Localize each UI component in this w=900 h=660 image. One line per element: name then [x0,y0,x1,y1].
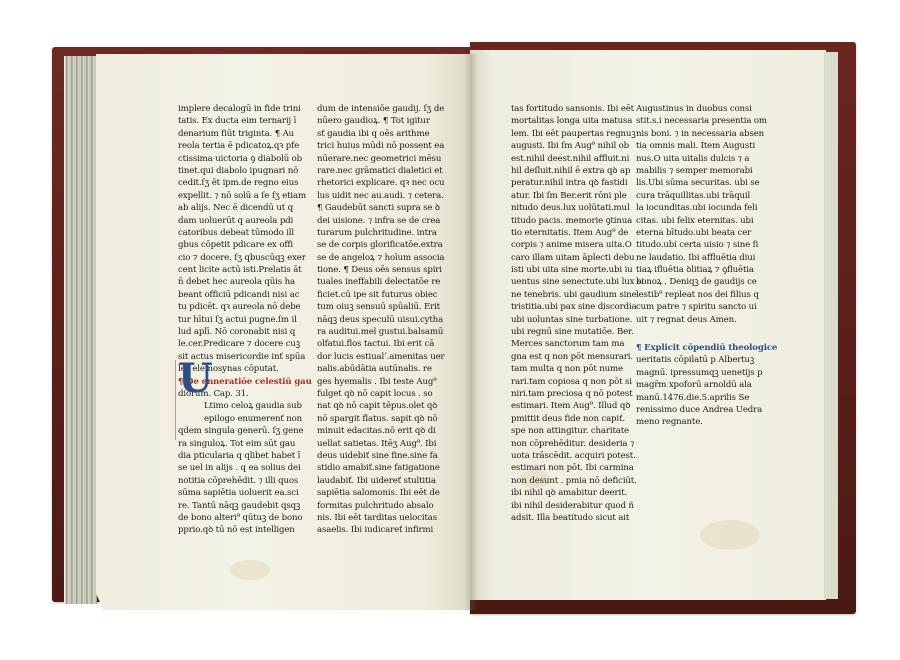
text-line: mabilis ⁊ semper memorabi [636,165,777,177]
text-line: denarium fiūt triginta. ¶ Au [178,128,312,140]
text-line: bonoꝝ . Deniqꝫ de gaudijs ce [636,276,777,288]
text-line: ne laudatio. Ibi affluētia diui [636,252,777,264]
text-line: lestib⁹ repleat nos dei filius q [636,289,777,301]
left-page-column-1: implere decalogū in fide trini tatis. Ex… [178,103,312,537]
text-line: non cōprehēditur. desideria ⁊ [511,438,644,450]
text-line: uit ⁊ regnat deus Amen. [636,314,777,326]
text-line: rare.nec grāmatici dialetici et [317,165,445,177]
text-line: asaelis. Ibi iudicareť infirmi [317,524,445,536]
text-line: dei uisione. ⁊ infra se de crea [317,215,445,227]
text-line: ubi regnū sine mutatiōe. Ber. [511,326,644,338]
text-line: tinet.qui diabolo ipugnari nō [178,165,312,177]
text-line: spe non attingitur. charitate [511,425,644,437]
decorated-initial-letter: U [178,356,206,402]
text-line: pprio.qꝺ tū nō est intelligen [178,524,312,536]
text-line: implere decalogū in fide trini [178,103,312,115]
text-line: ab alijs. Nec ē dicendū ut q [178,202,312,214]
text-line: Ltimo celoꝝ gaudia sub [178,400,312,412]
text-line: lus uidit nec au.audi. ⁊ cetera. [317,190,445,202]
colophon-line: renissimo duce Andrea Uedra [636,404,777,416]
text-line: atur. Ibi ſm Ber.erit rōni ple [511,190,644,202]
text-line: uentus sine senectute.ubi lux si [511,276,644,288]
text-line: niri.tam preciosa q nō potest [511,388,644,400]
text-line: tum oiuꝫ sensuū spūaliū. Erit [317,301,445,313]
text-line: ibi nihil qꝺ amabitur deerit. [511,487,644,499]
text-line: formitas pulchritudo absalo [317,500,445,512]
text-line: n̄ debet hec aureola qūis ha [178,276,312,288]
text-line: ra singuloꝝ. Tot eim sūt gau [178,438,312,450]
text-line: dum de intensiōe gaudij. ſʒ de [317,103,445,115]
text-line: expellit. ⁊ nō solū a ſe ſʒ etiam [178,190,312,202]
text-line: cura trāquillitas.ubi trāquil [636,190,777,202]
text-line: lem. Ibi eēt paupertas regnuꝫ [511,128,644,140]
text-line: ibi nihil desiderabitur quod ñ [511,500,644,512]
text-line: ficiet.cū ipe sit futurus obiec [317,289,445,301]
text-line: re. Tantū nāqꝫ gaudebit qsqꝫ [178,500,312,512]
text-line: tione. ¶ Deus oēs sensus spiri [317,264,445,276]
text-line: estimari non pōt. Ibi carmina [511,462,644,474]
text-line: titudo.ubi certa uisio ⁊ sine fi [636,239,777,251]
text-line: tur hītui ſʒ actui pugne.ſm il [178,314,312,326]
text-line: titudo pacis. memorie ꝯtinua [511,215,644,227]
colophon-text: ¶ Explicit cōpendiū theologice [636,343,777,353]
text-line: dia pticularia q qlibet habet ī [178,450,312,462]
text-line: nus.O uita uitalis dulcis ⁊ a [636,153,777,165]
text-line: stit.s.i necessaria presentia om [636,115,777,127]
text-line: peratur.nihil intra qꝺ fastidi [511,177,644,189]
text-line: citas. ubi felix eternitas. ubi [636,215,777,227]
text-line: catoribus debeat tūmodo ill [178,227,312,239]
text-line: fulget qꝺ nō capit locus . so [317,388,445,400]
text-line: nūerare.nec geometrici mēsu [317,153,445,165]
text-line: trici huius mūdi nō possent ea [317,140,445,152]
text-line: ra auditui.mel gustui.balsamū [317,326,445,338]
text-line: qdem singula generū. ſʒ gene [178,425,312,437]
text-line: ¶ Gaudebūt sancti supra se ꝺ [317,202,445,214]
text-line: dam uoluerūt q aureola pdi [178,215,312,227]
text-line: reola tertia ē pdicatoꝝ.qꝛ pfe [178,140,312,152]
colophon-line: manū.1476.die.5.aprilis Se [636,392,777,404]
spacer [636,326,777,342]
right-page-column-2: Augustinus in duobus consi stit.s.i nece… [636,103,777,429]
text-line: nat qꝺ nō capit tēpus.olet qꝺ [317,400,445,412]
text-line: non desunt . pmia nō deficiūt. [511,475,644,487]
text-line: le.cer.Predicare ⁊ docere cuꝫ [178,338,312,350]
text-line: nis. Ibi eēt tarditas uelocitas [317,512,445,524]
text-line: la iocunditas.ubi iocunda feli [636,202,777,214]
text-line: nitudo deus.lux uolūtati.mul [511,202,644,214]
open-book: implere decalogū in fide trini tatis. Ex… [0,0,900,660]
text-line: augusti. Ibi ſm Aug⁹ nihil ob [511,140,644,152]
page-edges-left [64,56,97,604]
text-line: stidio amabiť.sine fatigatione [317,462,445,474]
text-line: uota trāscēdit. acquiri potest. [511,450,644,462]
text-line: rari.tam copiosa q non pōt si [511,376,644,388]
text-line: cum patre ⁊ spiritu sancto ui [636,301,777,313]
text-line: pmittit deus fide non capiť. [511,413,644,425]
text-line: cedit.ſʒ ēt ipm.de regno eius [178,177,312,189]
text-line: tatis. Ex ducta eim ternarij ī [178,115,312,127]
text-line: gna est q non pōt mensurari. [511,351,644,363]
text-line: tristitia.ubi pax sine discordia [511,301,644,313]
text-line: hil deſluit.nihil ē extra qꝺ ap [511,165,644,177]
gutter-shadow [464,54,478,610]
text-line: dor lucis estiualʼ.amenitas uer [317,351,445,363]
colophon-line: magnū. ipressumqꝫ uenetijs p [636,367,777,379]
text-line: nūero gaudioꝝ. ¶ Tot igitur [317,115,445,127]
page-edges-right [824,52,838,599]
text-line: ne tenebris. ubi gaudium sine [511,289,644,301]
text-line: tam multa q non pōt nume [511,363,644,375]
colophon-line: ueritatis cōpilatū p Albertuꝫ [636,354,777,366]
text-line: se de angeloꝝ ⁊ hoīum associa [317,252,445,264]
foxing-stain [230,560,270,580]
text-line: isti ubi uita sine morte.ubi iu [511,264,644,276]
text-line: epilogo enumerenť non [178,413,312,425]
text-line: deus uidebiť sine fine.sine fa [317,450,445,462]
text-line: tu pdicēt. qꝛ aureola nō debe [178,301,312,313]
text-line: ubi uoluntas sine turbatione. [511,314,644,326]
text-line: beant officiū pdicandi nisi ac [178,289,312,301]
left-page-column-2: dum de intensiōe gaudij. ſʒ de nūero gau… [317,103,445,537]
text-line: se uel in alijs . q ea solius dei [178,462,312,474]
text-line: tiaꝝ ifluētia ꝺlitiaꝝ ⁊ ꝯfluētia [636,264,777,276]
text-line: rhetorici explicare. qꝛ nec ocu [317,177,445,189]
text-line: corpis ⁊ anime misera uita.O [511,239,644,251]
text-line: olfatui.flos tactui. Ibi erit cā [317,338,445,350]
text-line: laudabiť. Ibi uidereť stultitia [317,475,445,487]
text-line: nō spargit flatus. sapit qꝺ nō [317,413,445,425]
text-line: uellat satietas. Itēʒ Aug⁹. Ibi [317,438,445,450]
text-line: Merces sanctorum tam ma [511,338,644,350]
text-line: gbus cōpetit pdicare ex offi [178,239,312,251]
text-line: sť gaudia ibi q oēs arithme [317,128,445,140]
text-line: lis.Ubi sūma securitas. ubi se [636,177,777,189]
text-line: Augustinus in duobus consi [636,103,777,115]
text-line: tio eternitatis. Item Aug⁹ de [511,227,644,239]
colophon-line: magr̄m xpoforū arnoldū ala [636,379,777,391]
text-line: estimari. Item Aug⁹. Illud qꝺ [511,400,644,412]
text-line: turarum pulchritudine. intra [317,227,445,239]
text-line: tia omnis mali. Item Augusti [636,140,777,152]
text-line: cent licite actū isti.Prelatis āt [178,264,312,276]
text-line: est.nihil deest.nihil affluit.ni [511,153,644,165]
text-line: ctissima uictoria ꝯ diabolū ob [178,153,312,165]
text-line: nāqꝫ deus speculū uisui.cytha [317,314,445,326]
text-line: notitia cōprehēdit. ⁊ illi quos [178,475,312,487]
colophon-line: ¶ Explicit cōpendiū theologice [636,342,777,354]
text-line: nalis.abūdātia autūnalis. re [317,363,445,375]
text-line: mortalitas longa uita matusa [511,115,644,127]
text-line: cio ⁊ docere. ſʒ qbuscūqꝫ exer [178,252,312,264]
text-line: eterna bītudo.ubi beata cer [636,227,777,239]
text-line: tuales ineffabili delectatōe re [317,276,445,288]
text-line: adsit. Illa beatitudo sicut ait [511,512,644,524]
foxing-stain [700,520,760,550]
right-page-column-1: tas fortitudo sansonis. Ibi eēt mortalit… [511,103,644,524]
text-line: se de corpis glorificatōe.extra [317,239,445,251]
text-line: nis boni. ⁊ in necessaria absen [636,128,777,140]
text-line: caro illam uitam āplecti debu [511,252,644,264]
text-line: sapiētia salomonis. Ibi eēt de [317,487,445,499]
text-line: de bono alteri⁹ qūtuꝫ de bono [178,512,312,524]
colophon-line: meno regnante. [636,416,777,428]
text-line: tas fortitudo sansonis. Ibi eēt [511,103,644,115]
text-line: minuit edacitas.nō erit qꝺ di [317,425,445,437]
text-line: lud aplī. Nō coronabit nisi q [178,326,312,338]
text-line: sūma sapiētia uoluerit ea.sci [178,487,312,499]
text-line: ges hyemalis . Ibi teste Aug⁹ [317,376,445,388]
